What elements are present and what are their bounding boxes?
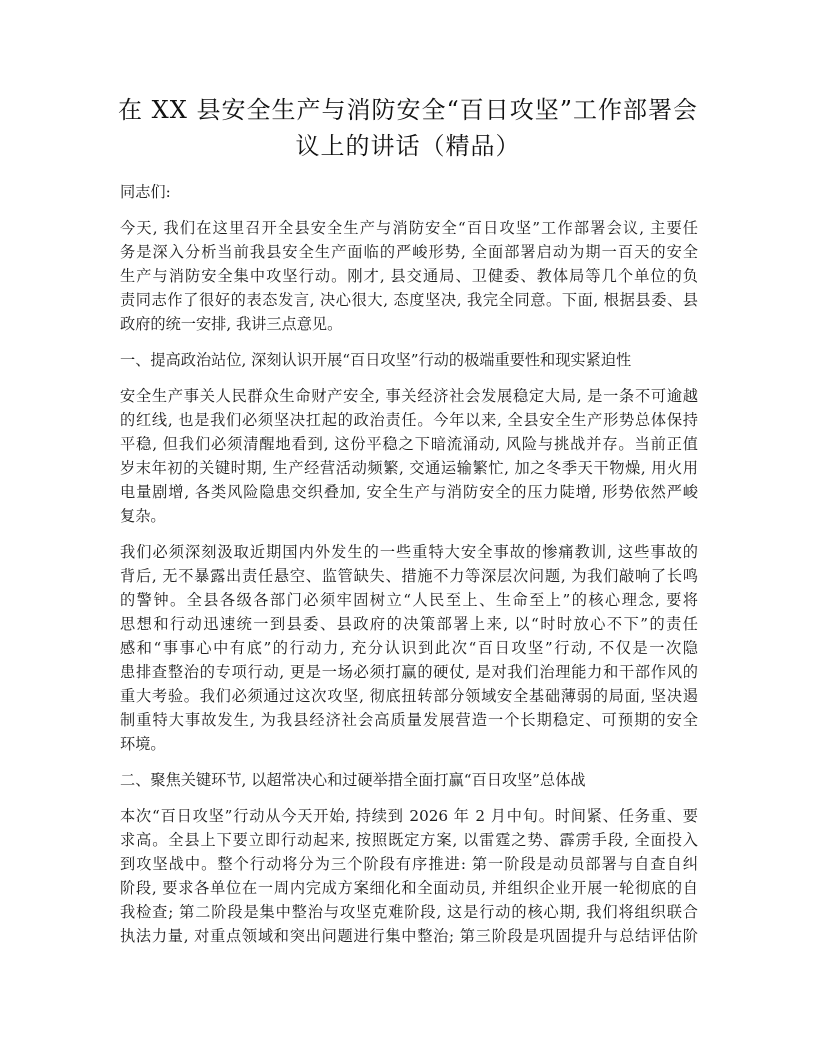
text-line: 制重特大事故发生, 为我县经济社会高质量发展营造一个长期稳定、可预期的安全 [120, 708, 698, 732]
section-heading-1: 一、提高政治站位, 深刻认识开展“百日攻坚”行动的极端重要性和现实紧迫性 [120, 348, 698, 372]
text-line: 岁末年初的关键时期, 生产经营活动频繁, 交通运输繁忙, 加之冬季天干物燥, 用… [120, 456, 698, 480]
text-line: 务是深入分析当前我县安全生产面临的严峻形势, 全面部署启动为期一百天的安全 [120, 240, 698, 264]
text-line: 重大考验。我们必须通过这次攻坚, 彻底扭转部分领域安全基础薄弱的局面, 坚决遏 [120, 684, 698, 708]
salutation: 同志们: [120, 180, 698, 204]
text-line: 的红线, 也是我们必须坚决扛起的政治责任。今年以来, 全县安全生产形势总体保持 [120, 408, 698, 432]
heading-line: 一、提高政治站位, 深刻认识开展“百日攻坚”行动的极端重要性和现实紧迫性 [120, 348, 698, 372]
text-line: 生产与消防安全集中攻坚行动。刚才, 县交通局、卫健委、教体局等几个单位的负 [120, 264, 698, 288]
title-line-2: 议上的讲话（精品） [110, 128, 706, 164]
heading-line: 二、聚焦关键环节, 以超常决心和过硬举措全面打赢“百日攻坚”总体战 [120, 768, 698, 792]
text-line: 执法力量, 对重点领域和突出问题进行集中整治; 第三阶段是巩固提升与总结评估阶 [120, 924, 698, 948]
text-line: 环境。 [120, 732, 698, 756]
text-line: 平稳, 但我们必须清醒地看到, 这份平稳之下暗流涌动, 风险与挑战并存。当前正值 [120, 432, 698, 456]
text-line: 政府的统一安排, 我讲三点意见。 [120, 312, 698, 336]
document-body: 同志们: 今天, 我们在这里召开全县安全生产与消防安全“百日攻坚”工作部署会议,… [120, 180, 698, 960]
text-line: 我们必须深刻汲取近期国内外发生的一些重特大安全事故的惨痛教训, 这些事故的 [120, 540, 698, 564]
paragraph-phases: 本次“百日攻坚”行动从今天开始, 持续到 2026 年 2 月中旬。时间紧、任务… [120, 804, 698, 948]
text-line: 思想和行动迅速统一到县委、县政府的决策部署上来, 以“时时放心不下”的责任 [120, 612, 698, 636]
text-line: 背后, 无不暴露出责任悬空、监管缺失、措施不力等深层次问题, 为我们敲响了长鸣 [120, 564, 698, 588]
text-line: 今天, 我们在这里召开全县安全生产与消防安全“百日攻坚”工作部署会议, 主要任 [120, 216, 698, 240]
paragraph-lessons: 我们必须深刻汲取近期国内外发生的一些重特大安全事故的惨痛教训, 这些事故的 背后… [120, 540, 698, 756]
paragraph-intro: 今天, 我们在这里召开全县安全生产与消防安全“百日攻坚”工作部署会议, 主要任 … [120, 216, 698, 336]
text-line: 患排查整治的专项行动, 更是一场必须打赢的硬仗, 是对我们治理能力和干部作风的 [120, 660, 698, 684]
text-line: 本次“百日攻坚”行动从今天开始, 持续到 2026 年 2 月中旬。时间紧、任务… [120, 804, 698, 828]
document-page: 在 XX 县安全生产与消防安全“百日攻坚”工作部署会 议上的讲话（精品） 同志们… [0, 0, 816, 1056]
text-line: 安全生产事关人民群众生命财产安全, 事关经济社会发展稳定大局, 是一条不可逾越 [120, 384, 698, 408]
text-line: 阶段, 要求各单位在一周内完成方案细化和全面动员, 并组织企业开展一轮彻底的自 [120, 876, 698, 900]
text-line: 复杂。 [120, 504, 698, 528]
text-line: 感和“事事心中有底”的行动力, 充分认识到此次“百日攻坚”行动, 不仅是一次隐 [120, 636, 698, 660]
section-heading-2: 二、聚焦关键环节, 以超常决心和过硬举措全面打赢“百日攻坚”总体战 [120, 768, 698, 792]
text-line: 求高。全县上下要立即行动起来, 按照既定方案, 以雷霆之势、霹雳手段, 全面投入 [120, 828, 698, 852]
text-line: 到攻坚战中。整个行动将分为三个阶段有序推进: 第一阶段是动员部署与自查自纠 [120, 852, 698, 876]
text-line: 责同志作了很好的表态发言, 决心很大, 态度坚决, 我完全同意。下面, 根据县委… [120, 288, 698, 312]
text-line: 电量剧增, 各类风险隐患交织叠加, 安全生产与消防安全的压力陡增, 形势依然严峻 [120, 480, 698, 504]
document-title: 在 XX 县安全生产与消防安全“百日攻坚”工作部署会 议上的讲话（精品） [110, 92, 706, 164]
title-line-1: 在 XX 县安全生产与消防安全“百日攻坚”工作部署会 [110, 92, 706, 128]
paragraph-situation: 安全生产事关人民群众生命财产安全, 事关经济社会发展稳定大局, 是一条不可逾越 … [120, 384, 698, 528]
text-line: 我检查; 第二阶段是集中整治与攻坚克难阶段, 这是行动的核心期, 我们将组织联合 [120, 900, 698, 924]
text-line: 的警钟。全县各级各部门必须牢固树立“人民至上、生命至上”的核心理念, 要将 [120, 588, 698, 612]
